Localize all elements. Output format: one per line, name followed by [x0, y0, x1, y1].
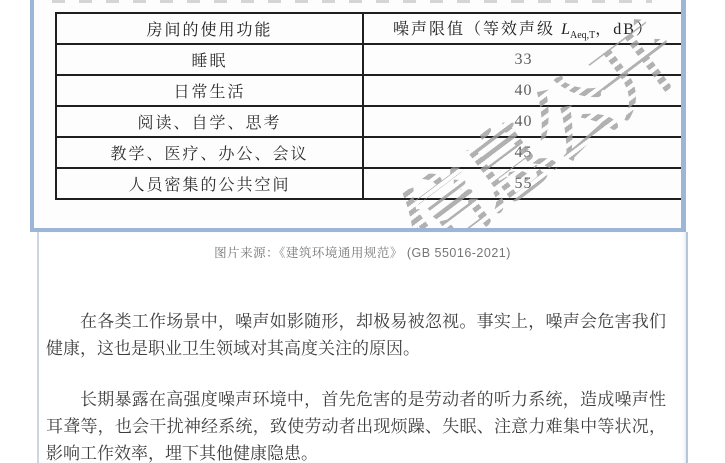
- table-row: 人员密集的公共空间 55: [56, 168, 684, 199]
- article-paragraphs: 在各类工作场景中，噪声如影随形，却极易被忽视。事实上，噪声会危害我们健康，这也是…: [39, 308, 686, 463]
- standards-table-image[interactable]: 房间的使用功能 噪声限值（等效声级 LAeq,T，dB） 睡眠 33 日常生活 …: [30, 0, 686, 232]
- table-header-row: 房间的使用功能 噪声限值（等效声级 LAeq,T，dB）: [56, 13, 684, 44]
- article-body: 图片来源：《建筑环境通用规范》 (GB 55016-2021) 在各类工作场景中…: [37, 232, 688, 463]
- room-function-cell: 阅读、自学、思考: [56, 106, 363, 137]
- paragraph: 在各类工作场景中，噪声如影随形，却极易被忽视。事实上，噪声会危害我们健康，这也是…: [46, 308, 666, 362]
- laeq-subscript: Aeq,T: [570, 30, 595, 41]
- room-function-cell: 日常生活: [56, 75, 363, 106]
- room-function-cell: 人员密集的公共空间: [56, 168, 363, 199]
- paragraph: 长期暴露在高强度噪声环境中，首先危害的是劳动者的听力系统，造成噪声性耳聋等，也会…: [46, 386, 666, 463]
- column-header-room-function: 房间的使用功能: [56, 13, 363, 44]
- header-prefix: 噪声限值（等效声级: [393, 21, 561, 38]
- room-function-cell: 睡眠: [56, 44, 363, 75]
- laeq-symbol: L: [561, 21, 570, 38]
- image-source-caption: 图片来源：《建筑环境通用规范》 (GB 55016-2021): [39, 243, 686, 261]
- clipped-text-fragment: [52, 0, 652, 3]
- room-function-cell: 教学、医疗、办公、会议: [56, 137, 363, 168]
